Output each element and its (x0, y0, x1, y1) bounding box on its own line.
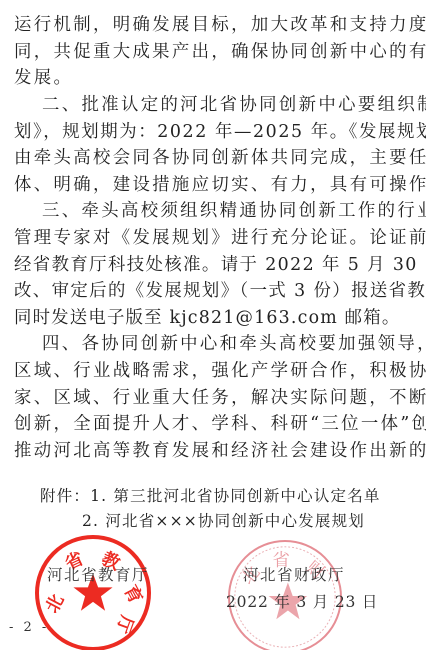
paragraph-3-line-5: 同时发送电子版至 kjc821@163.com 邮箱。 (14, 308, 410, 328)
issue-date: 2022 年 3 月 23 日 (226, 590, 378, 612)
svg-text:育: 育 (119, 581, 147, 607)
attachment-2: 2. 河北省×××协同创新中心发展规划 (82, 511, 426, 531)
paragraph-3-line-4: 改、审定后的《发展规划》（一式 3 份）报送省教育厅科技处， (14, 281, 410, 301)
paragraph-4-line-3: 家、区域、行业重大任务，解决实际问题，不断深化机制体制 (14, 388, 410, 408)
paragraph-1-line-2: 同，共促重大成果产出，确保协同创新中心的有效运行和健康 (14, 42, 410, 62)
paragraph-2-line-3: 由牵头高校会同各协同创新体共同完成，主要任务与目标应具 (14, 148, 410, 168)
svg-text:厅: 厅 (112, 612, 138, 637)
paragraph-2-line-1: 二、批准认定的河北省协同创新中心要组织制订《发展规 (42, 95, 410, 115)
paragraph-1-line-1: 运行机制，明确发展目标，加大改革和支持力度，强化密切协 (14, 15, 410, 35)
paragraph-4-line-5: 推动河北高等教育发展和经济社会建设作出新的更大贡献。 (14, 441, 410, 461)
paragraph-3-line-3: 经省教育厅科技处核准。请于 2022 年 5 月 30 日前将论证、修 (14, 255, 410, 275)
paragraph-4-line-2: 区域、行业战略需求，强化产学研合作，积极协同各方承担国 (14, 361, 410, 381)
signature-education-department: 河北省教育厅 (47, 563, 149, 585)
star-icon: 北 省 教 育 厅 (39, 539, 147, 647)
education-department-seal: 北 省 教 育 厅 (35, 535, 151, 650)
document-page: 运行机制，明确发展目标，加大改革和支持力度，强化密切协 同，共促重大成果产出，确… (0, 0, 426, 650)
page-number: - 2 - (9, 620, 49, 635)
paragraph-2-line-2: 划》，规划期为：2022 年—2025 年。《发展规划》的编制工作 (14, 122, 410, 142)
seal-arc-char: 北 (42, 591, 69, 617)
paragraph-3-line-1: 三、牵头高校须组织精通协同创新工作的行业领域专家和 (42, 201, 410, 221)
paragraph-3-line-2: 管理专家对《发展规划》进行充分论证。论证前，专家名单需 (14, 228, 410, 248)
paragraph-1-line-3: 发展。 (14, 68, 410, 88)
signature-finance-department: 河北省财政厅 (243, 563, 345, 585)
paragraph-2-line-4: 体、明确，建设措施应切实、有力，具有可操作性。 (14, 175, 410, 195)
paragraph-4-line-1: 四、各协同创新中心和牵头高校要加强领导，进一步聚焦 (42, 334, 410, 354)
paragraph-4-line-4: 创新，全面提升人才、学科、科研“三位一体”创新能力，为 (14, 414, 410, 434)
attachment-1: 附件：1. 第三批河北省协同创新中心认定名单 (40, 486, 426, 506)
